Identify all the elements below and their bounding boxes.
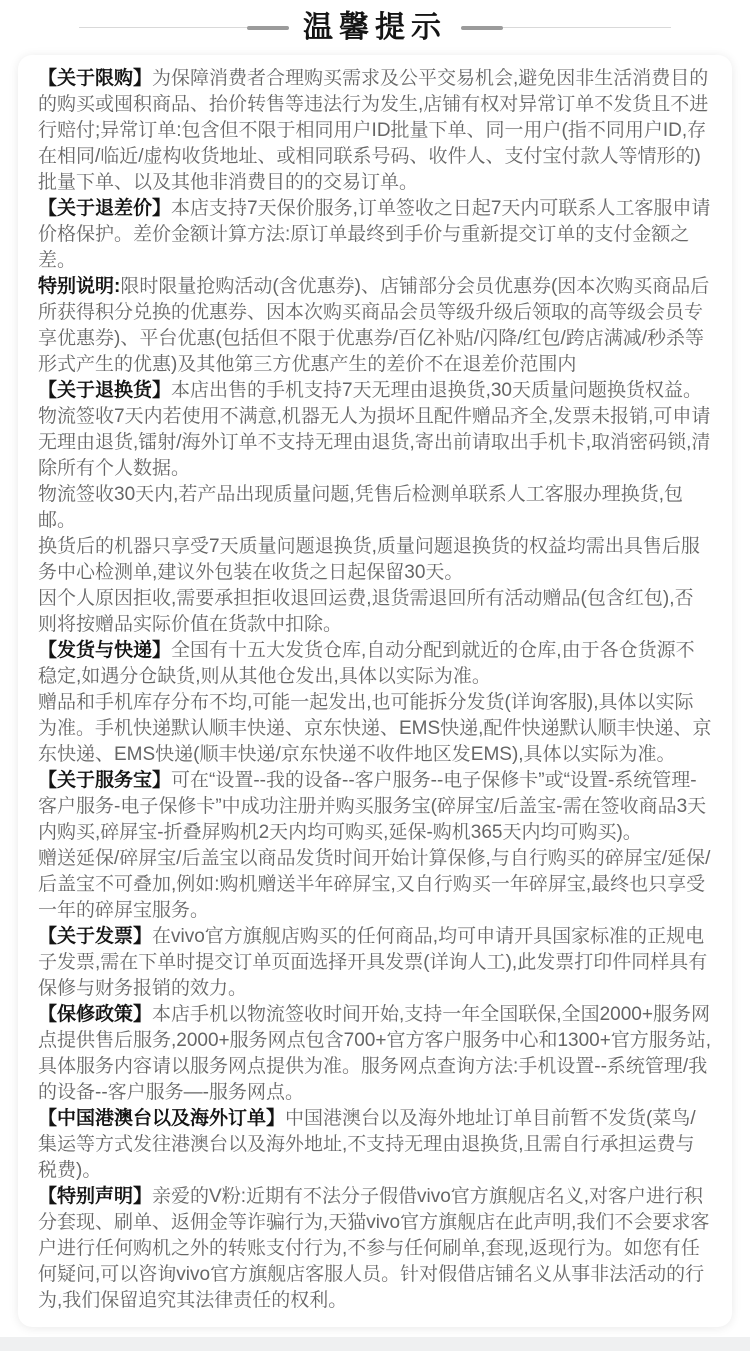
notice-paragraph: 赠送延保/碎屏宝/后盖宝以商品发货时间开始计算保修,与自行购买的碎屏宝/延保/后… [38, 846, 712, 924]
notice-text: 物流签收7天内若使用不满意,机器无人为损坏且配件赠品齐全,发票未报销,可申请无理… [38, 406, 710, 479]
notice-paragraph: 【关于退差价】本店支持7天保价服务,订单签收之日起7天内可联系人工客服申请价格保… [38, 196, 712, 274]
notice-paragraph: 【关于发票】在vivo官方旗舰店购买的任何商品,均可申请开具国家标准的正规电子发… [38, 924, 712, 1002]
notice-paragraph: 赠品和手机库存分布不均,可能一起发出,也可能拆分发货(详询客服),具体以实际为准… [38, 690, 712, 768]
notice-text: 换货后的机器只享受7天质量问题退换货,质量问题退换货的权益均需出具售后服务中心检… [38, 536, 700, 583]
divider-line-right [503, 27, 671, 28]
notice-section-purchase-limit: 【关于限购】为保障消费者合理购买需求及公平交易机会,避免因非生活消费目的的购买或… [38, 66, 712, 196]
notice-text: 因个人原因拒收,需要承担拒收退回运费,退货需退回所有活动赠品(包含红包),否则将… [38, 588, 694, 635]
notice-section-overseas-orders: 【中国港澳台以及海外订单】中国港澳台以及海外地址订单目前暂不发货(菜鸟/集运等方… [38, 1106, 712, 1184]
notice-paragraph: 因个人原因拒收,需要承担拒收退回运费,退货需退回所有活动赠品(包含红包),否则将… [38, 586, 712, 638]
notice-section-special-statement: 【特别声明】亲爱的V粉:近期有不法分子假借vivo官方旗舰店名义,对客户进行积分… [38, 1184, 712, 1314]
notice-section-price-protection: 【关于退差价】本店支持7天保价服务,订单签收之日起7天内可联系人工客服申请价格保… [38, 196, 712, 378]
notice-text: 限时限量抢购活动(含优惠券)、店铺部分会员优惠券(因本次购买商品后所获得积分兑换… [38, 276, 709, 375]
notice-card: 【关于限购】为保障消费者合理购买需求及公平交易机会,避免因非生活消费目的的购买或… [18, 55, 732, 1327]
warm-tips-page: 温馨提示 【关于限购】为保障消费者合理购买需求及公平交易机会,避免因非生活消费目… [0, 0, 750, 1351]
notice-text: 物流签收30天内,若产品出现质量问题,凭售后检测单联系人工客服办理换货,包邮。 [38, 484, 683, 531]
notice-text: 赠品和手机库存分布不均,可能一起发出,也可能拆分发货(详询客服),具体以实际为准… [38, 692, 711, 765]
notice-label: 【关于退差价】 [38, 198, 171, 219]
notice-paragraph: 【保修政策】本店手机以物流签收时间开始,支持一年全国联保,全国2000+服务网点… [38, 1002, 712, 1106]
notice-section-invoice: 【关于发票】在vivo官方旗舰店购买的任何商品,均可申请开具国家标准的正规电子发… [38, 924, 712, 1002]
notice-paragraph: 【中国港澳台以及海外订单】中国港澳台以及海外地址订单目前暂不发货(菜鸟/集运等方… [38, 1106, 712, 1184]
notice-text: 本店出售的手机支持7天无理由退换货,30天质量问题换货权益。 [171, 380, 702, 401]
notice-paragraph: 特别说明:限时限量抢购活动(含优惠券)、店铺部分会员优惠券(因本次购买商品后所获… [38, 274, 712, 378]
tips-header: 温馨提示 [0, 0, 750, 55]
notice-paragraph: 【关于服务宝】可在“设置--我的设备--客户服务--电子保修卡”或“设置-系统管… [38, 768, 712, 846]
notice-paragraph: 物流签收7天内若使用不满意,机器无人为损坏且配件赠品齐全,发票未报销,可申请无理… [38, 404, 712, 482]
divider-dash-left [247, 26, 289, 30]
notice-section-return-exchange: 【关于退换货】本店出售的手机支持7天无理由退换货,30天质量问题换货权益。物流签… [38, 378, 712, 638]
title-divider-right [461, 26, 671, 30]
divider-dash-right [461, 26, 503, 30]
notice-label: 【关于发票】 [38, 926, 152, 947]
notice-section-shipping-express: 【发货与快递】全国有十五大发货仓库,自动分配到就近的仓库,由于各仓货源不稳定,如… [38, 638, 712, 768]
notice-paragraph: 换货后的机器只享受7天质量问题退换货,质量问题退换货的权益均需出具售后服务中心检… [38, 534, 712, 586]
notice-paragraph: 【发货与快递】全国有十五大发货仓库,自动分配到就近的仓库,由于各仓货源不稳定,如… [38, 638, 712, 690]
title-divider-left [79, 26, 289, 30]
notice-label: 【关于服务宝】 [38, 770, 171, 791]
notice-label: 【关于限购】 [38, 68, 152, 89]
notice-label: 【发货与快递】 [38, 640, 171, 661]
notice-label: 特别说明: [38, 276, 120, 297]
notice-body: 【关于限购】为保障消费者合理购买需求及公平交易机会,避免因非生活消费目的的购买或… [38, 66, 712, 1314]
notice-paragraph: 【特别声明】亲爱的V粉:近期有不法分子假借vivo官方旗舰店名义,对客户进行积分… [38, 1184, 712, 1314]
divider-line-left [79, 27, 247, 28]
notice-paragraph: 【关于退换货】本店出售的手机支持7天无理由退换货,30天质量问题换货权益。 [38, 378, 712, 404]
notice-label: 【保修政策】 [38, 1004, 152, 1025]
notice-paragraph: 【关于限购】为保障消费者合理购买需求及公平交易机会,避免因非生活消费目的的购买或… [38, 66, 712, 196]
next-section-gap [0, 1337, 750, 1351]
page-title: 温馨提示 [303, 13, 447, 43]
notice-section-warranty-policy: 【保修政策】本店手机以物流签收时间开始,支持一年全国联保,全国2000+服务网点… [38, 1002, 712, 1106]
notice-label: 【中国港澳台以及海外订单】 [38, 1108, 285, 1129]
notice-paragraph: 物流签收30天内,若产品出现质量问题,凭售后检测单联系人工客服办理换货,包邮。 [38, 482, 712, 534]
notice-label: 【关于退换货】 [38, 380, 171, 401]
notice-text: 赠送延保/碎屏宝/后盖宝以商品发货时间开始计算保修,与自行购买的碎屏宝/延保/后… [38, 848, 710, 921]
notice-section-service-bao: 【关于服务宝】可在“设置--我的设备--客户服务--电子保修卡”或“设置-系统管… [38, 768, 712, 924]
notice-label: 【特别声明】 [38, 1186, 152, 1207]
